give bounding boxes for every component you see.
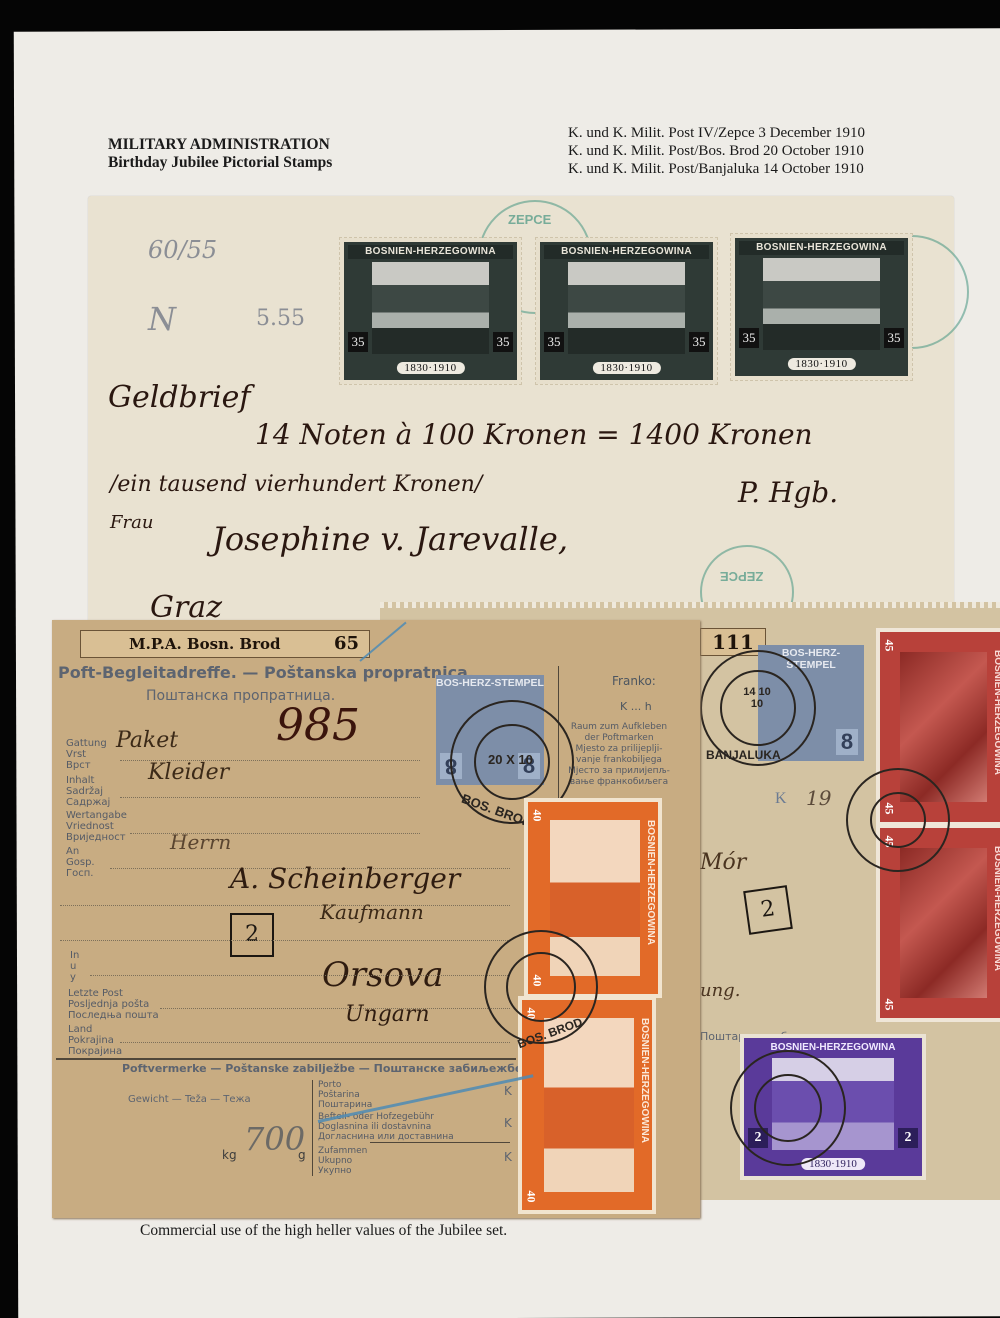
manuscript-line: 14 Noten à 100 Kronen = 1400 Kronen [255,418,813,451]
pencil-note: 60/55 [148,236,217,264]
parcel-number: 985 [276,700,360,751]
military-post-postmark [846,768,950,872]
franko-label: Franko: [612,674,656,688]
weight-kg: kg [222,1148,237,1162]
pencil-note: N [148,300,176,338]
field-label-wertangabe: WertangabeVriednostВриједност [66,810,127,843]
page-title: MILITARY ADMINISTRATION [108,136,332,154]
page-subtitle: Birthday Jubilee Pictorial Stamps [108,154,332,172]
addressee-fragment: Mór [700,850,746,875]
amount-k-label: K [775,790,787,808]
pencil-note: 5.55 [256,306,305,331]
stamp-area-note: Raum zum Aufklebender PoftmarkenMjesto z… [564,722,674,788]
page-caption: Commercial use of the high heller values… [140,1222,507,1240]
fee-unit: K [504,1116,512,1130]
form-title: Poft-Begleitadreffe. — Poštanska proprat… [58,663,474,682]
field-label-gattung: GattungVrstВрст [66,738,107,771]
field-label-an: AnGosp.Госп. [66,846,95,879]
field-value: Kleider [148,760,229,785]
fee-total: ZufammenUkupnoУкупно [318,1146,367,1176]
banjaluka-postmark: 14 10 10 BANJALUKA [700,650,816,766]
boxed-number: 2 [230,913,274,957]
field-value: Herrn [170,830,231,854]
postmark-list: K. und K. Milit. Post IV/Zepce 3 Decembe… [568,124,865,178]
field-label-in: Inuу [70,950,79,983]
manuscript-line: Geldbrief [108,380,251,415]
field-label-land: LandPokrajinaПокрајина [68,1024,122,1057]
field-label-inhalt: InhaltSadržajСадржај [66,775,110,808]
postmark-line: K. und K. Milit. Post/Banjaluka 14 Octob… [568,160,865,178]
weight-label: Gewicht — Teža — Тежа [128,1094,251,1105]
addressee-name: Josephine v. Jarevalle, [212,520,568,558]
stamp-35h: BOSNIEN-HERZEGOWINA 3535 1830·1910 [340,238,521,384]
fee-unit: K [504,1150,512,1164]
postmark-line: K. und K. Milit. Post/Bos. Brod 20 Octob… [568,142,865,160]
stamp-35h: BOSNIEN-HERZEGOWINA 3535 1830·1910 [536,238,717,384]
manuscript-line: Frau [110,512,153,533]
boxed-number: 2 [743,885,793,935]
office-label: M.P.A. Bosn. Brod 65 [80,630,370,658]
field-value: Paket [116,728,178,753]
field-label-letzte-post: Letzte PostPosljednja poštaПоследња пошт… [68,988,159,1021]
addressee-name: A. Scheinberger [230,862,460,895]
amount-value: 19 [806,786,831,810]
franko-amount: K ... h [620,700,652,713]
page-heading: MILITARY ADMINISTRATION Birthday Jubilee… [108,136,332,172]
manuscript-line: P. Hgb. [738,476,838,509]
addressee-occupation: Kaufmann [320,900,424,924]
postmark-line: K. und K. Milit. Post IV/Zepce 3 Decembe… [568,124,865,142]
footer-title: Poftvermerke — Poštanske zabilježbe — По… [122,1062,522,1075]
weight-g: g [298,1148,306,1162]
banjaluka-postmark-2 [730,1050,846,1166]
bos-brod-postmark-2: BOS. BROD [484,930,598,1044]
stamp-35h: BOSNIEN-HERZEGOWINA 3535 1830·1910 [731,234,912,380]
manuscript-line: /ein tausend vierhundert Kronen/ [110,472,482,497]
weight-value: 700 [244,1120,305,1158]
country-fragment: ung. [700,980,740,1001]
fee-unit: K [504,1084,512,1098]
fee-porto: PortoPoštarinaПоштарина [318,1080,372,1110]
destination-country: Ungarn [345,1002,430,1027]
